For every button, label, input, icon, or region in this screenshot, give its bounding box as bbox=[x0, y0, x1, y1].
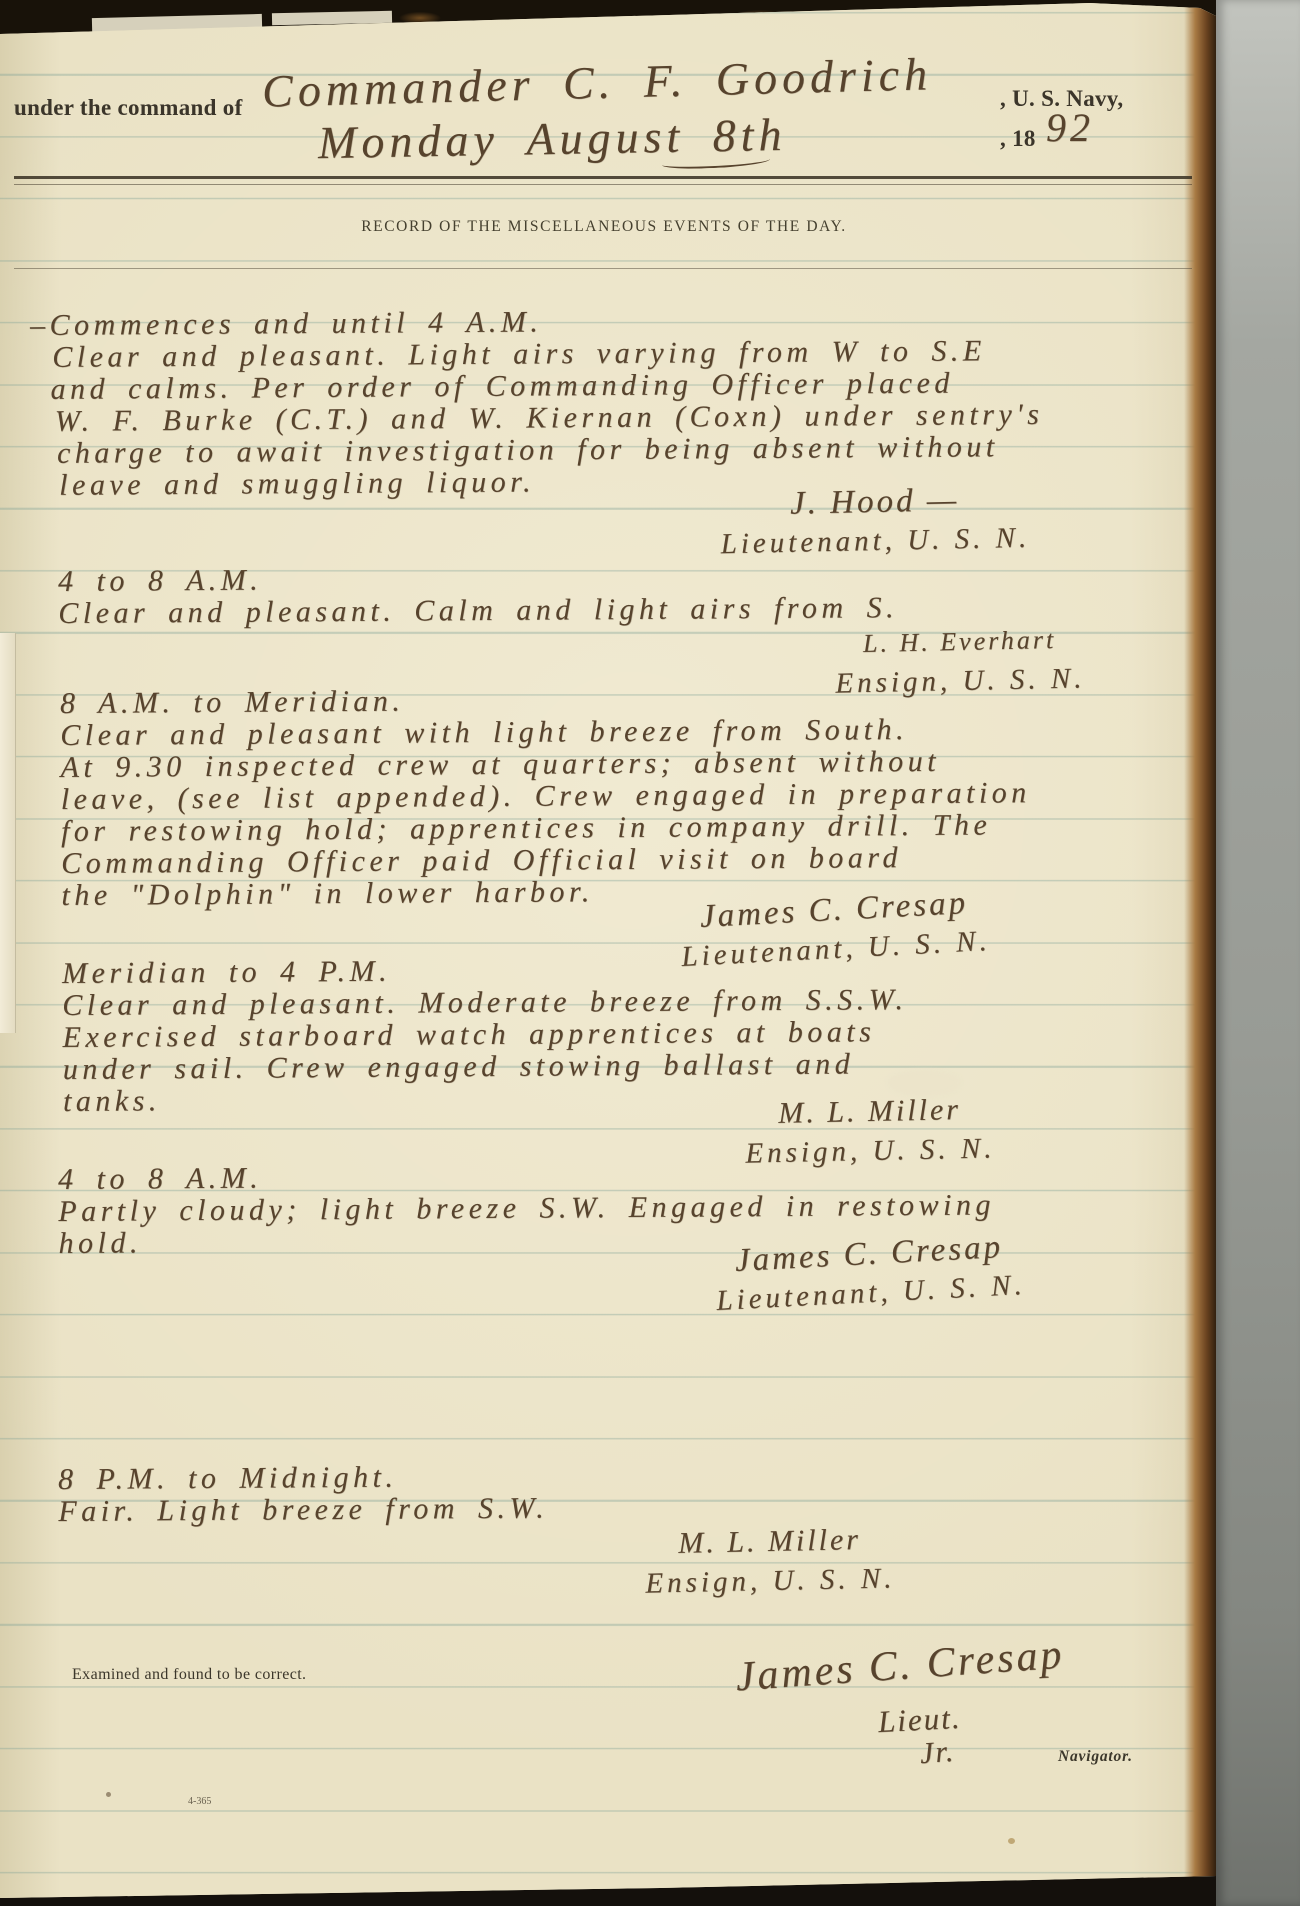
log-entry: –Commences and until 4 A.M. Clear and pl… bbox=[30, 303, 1044, 502]
ink-smudge bbox=[888, 1070, 960, 1096]
log-entry: 8 A.M. to Meridian. Clear and pleasant w… bbox=[60, 681, 1032, 912]
log-entry: 8 P.M. to Midnight. Fair. Light breeze f… bbox=[58, 1461, 548, 1528]
entry-line: Fair. Light breeze from S.W. bbox=[58, 1493, 548, 1528]
under-page-corner bbox=[272, 11, 392, 26]
command-prefix-label: under the command of bbox=[14, 95, 243, 121]
entry-heading: 8 P.M. to Midnight. bbox=[58, 1461, 548, 1496]
backing-board bbox=[1216, 0, 1300, 1906]
year-handwritten: 92 bbox=[1046, 104, 1094, 151]
entry-line: Clear and pleasant. Calm and light airs … bbox=[58, 592, 898, 630]
adjacent-page-edge bbox=[0, 633, 16, 1033]
section-divider-rule bbox=[14, 268, 1192, 269]
logbook-page: under the command of Commander C. F. Goo… bbox=[0, 0, 1216, 1906]
year-printed-label: , 18 bbox=[1000, 126, 1036, 152]
watch-signature: J. Hood — Lieutenant, U. S. N. bbox=[639, 477, 1111, 565]
form-number: 4-365 bbox=[188, 1796, 211, 1807]
entry-line: Commanding Officer paid Official visit o… bbox=[61, 841, 1031, 880]
navigator-label: Navigator. bbox=[1058, 1748, 1133, 1766]
ink-speck bbox=[106, 1792, 111, 1797]
record-title: RECORD OF THE MISCELLANEOUS EVENTS OF TH… bbox=[0, 218, 1208, 236]
signature-suffix: Jr. bbox=[919, 1735, 956, 1771]
page-edge bbox=[1184, 0, 1216, 1906]
logbook-scan: under the command of Commander C. F. Goo… bbox=[0, 0, 1300, 1906]
header-rule bbox=[14, 176, 1192, 185]
watch-signature: M. L. Miller Ensign, U. S. N. bbox=[559, 1518, 981, 1605]
stain-speck bbox=[1008, 1838, 1015, 1844]
entry-line: Partly cloudy; light breeze S.W. Engaged… bbox=[58, 1189, 995, 1228]
examined-note: Examined and found to be correct. bbox=[72, 1666, 306, 1684]
entry-line: under sail. Crew engaged stowing ballast… bbox=[63, 1048, 908, 1086]
log-entry: 4 to 8 A.M. Clear and pleasant. Calm and… bbox=[58, 560, 898, 630]
